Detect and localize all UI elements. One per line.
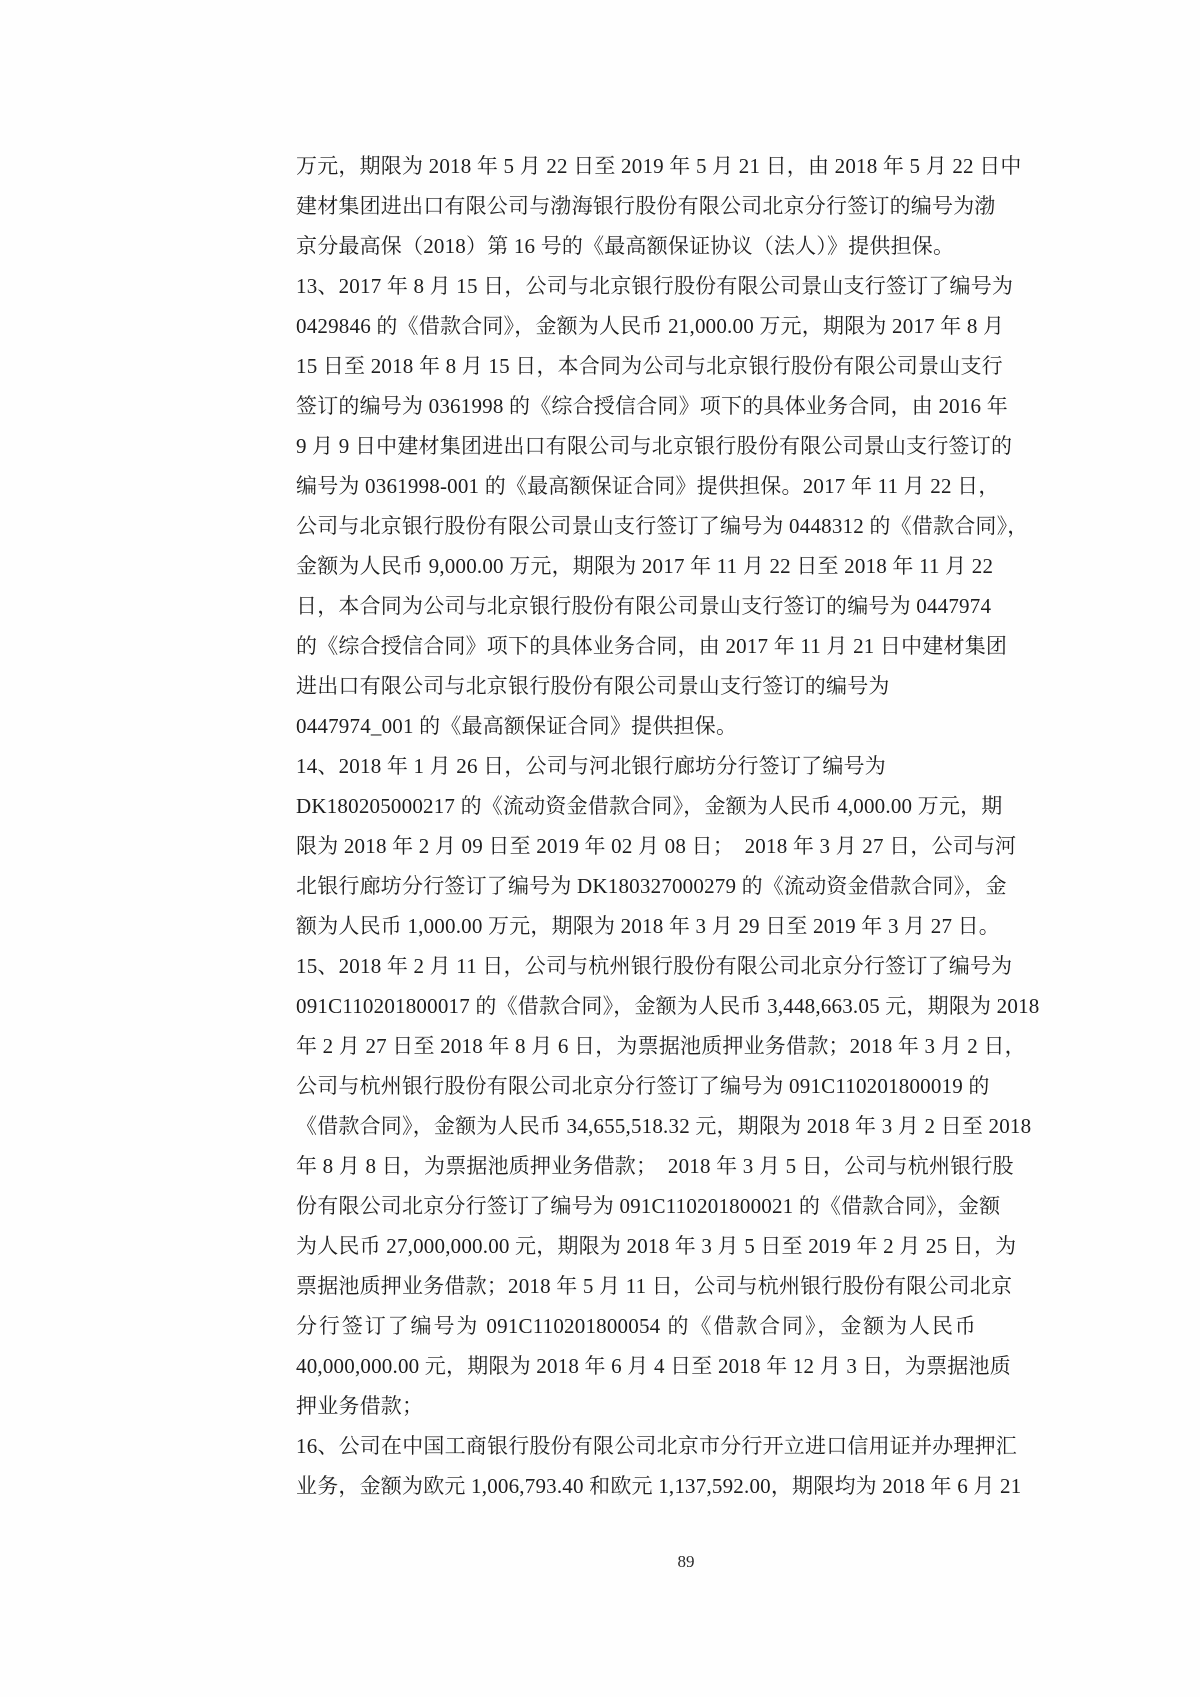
- text-line: 40,000,000.00 元，期限为 2018 年 6 月 4 日至 2018…: [296, 1346, 976, 1386]
- text-line: 万元，期限为 2018 年 5 月 22 日至 2019 年 5 月 21 日，…: [296, 146, 976, 186]
- text-line: 额为人民币 1,000.00 万元，期限为 2018 年 3 月 29 日至 2…: [296, 906, 976, 946]
- text-line: 15 日至 2018 年 8 月 15 日，本合同为公司与北京银行股份有限公司景…: [296, 346, 976, 386]
- text-line: 票据池质押业务借款；2018 年 5 月 11 日，公司与杭州银行股份有限公司北…: [296, 1266, 976, 1306]
- text-line: 金额为人民币 9,000.00 万元，期限为 2017 年 11 月 22 日至…: [296, 546, 976, 586]
- text-line: 0447974_001 的《最高额保证合同》提供担保。: [296, 706, 976, 746]
- body-text: 万元，期限为 2018 年 5 月 22 日至 2019 年 5 月 21 日，…: [296, 146, 976, 1506]
- text-line: 091C110201800017 的《借款合同》，金额为人民币 3,448,66…: [296, 986, 976, 1026]
- text-line: 16、公司在中国工商银行股份有限公司北京市分行开立进口信用证并办理押汇: [296, 1426, 976, 1466]
- text-line: 限为 2018 年 2 月 09 日至 2019 年 02 月 08 日； 20…: [296, 826, 976, 866]
- text-line: 的《综合授信合同》项下的具体业务合同，由 2017 年 11 月 21 日中建材…: [296, 626, 976, 666]
- text-line: 年 8 月 8 日，为票据池质押业务借款； 2018 年 3 月 5 日，公司与…: [296, 1146, 976, 1186]
- text-line: 签订的编号为 0361998 的《综合授信合同》项下的具体业务合同，由 2016…: [296, 386, 976, 426]
- text-line: 建材集团进出口有限公司与渤海银行股份有限公司北京分行签订的编号为渤: [296, 186, 976, 226]
- text-line: 日，本合同为公司与北京银行股份有限公司景山支行签订的编号为 0447974: [296, 586, 976, 626]
- text-line: 13、2017 年 8 月 15 日，公司与北京银行股份有限公司景山支行签订了编…: [296, 266, 976, 306]
- text-line: 份有限公司北京分行签订了编号为 091C110201800021 的《借款合同》…: [296, 1186, 976, 1226]
- text-line: 编号为 0361998-001 的《最高额保证合同》提供担保。2017 年 11…: [296, 466, 976, 506]
- page-number: 89: [656, 1550, 716, 1574]
- text-line: 9 月 9 日中建材集团进出口有限公司与北京银行股份有限公司景山支行签订的: [296, 426, 976, 466]
- text-line: 进出口有限公司与北京银行股份有限公司景山支行签订的编号为: [296, 666, 976, 706]
- text-line: 京分最高保（2018）第 16 号的《最高额保证协议（法人）》提供担保。: [296, 226, 976, 266]
- text-line: 押业务借款；: [296, 1386, 976, 1426]
- text-line: 年 2 月 27 日至 2018 年 8 月 6 日，为票据池质押业务借款；20…: [296, 1026, 976, 1066]
- text-line: 《借款合同》，金额为人民币 34,655,518.32 元，期限为 2018 年…: [296, 1106, 976, 1146]
- text-line: 业务，金额为欧元 1,006,793.40 和欧元 1,137,592.00，期…: [296, 1466, 976, 1506]
- text-line: 公司与北京银行股份有限公司景山支行签订了编号为 0448312 的《借款合同》，: [296, 506, 976, 546]
- text-line: 0429846 的《借款合同》，金额为人民币 21,000.00 万元，期限为 …: [296, 306, 976, 346]
- document-page: 万元，期限为 2018 年 5 月 22 日至 2019 年 5 月 21 日，…: [0, 0, 1200, 1697]
- text-line: 分行签订了编号为 091C110201800054 的《借款合同》，金额为人民币: [296, 1306, 976, 1346]
- text-line: 为人民币 27,000,000.00 元，期限为 2018 年 3 月 5 日至…: [296, 1226, 976, 1266]
- text-line: 北银行廊坊分行签订了编号为 DK180327000279 的《流动资金借款合同》…: [296, 866, 976, 906]
- text-line: DK180205000217 的《流动资金借款合同》，金额为人民币 4,000.…: [296, 786, 976, 826]
- text-line: 15、2018 年 2 月 11 日，公司与杭州银行股份有限公司北京分行签订了编…: [296, 946, 976, 986]
- text-line: 公司与杭州银行股份有限公司北京分行签订了编号为 091C110201800019…: [296, 1066, 976, 1106]
- text-line: 14、2018 年 1 月 26 日，公司与河北银行廊坊分行签订了编号为: [296, 746, 976, 786]
